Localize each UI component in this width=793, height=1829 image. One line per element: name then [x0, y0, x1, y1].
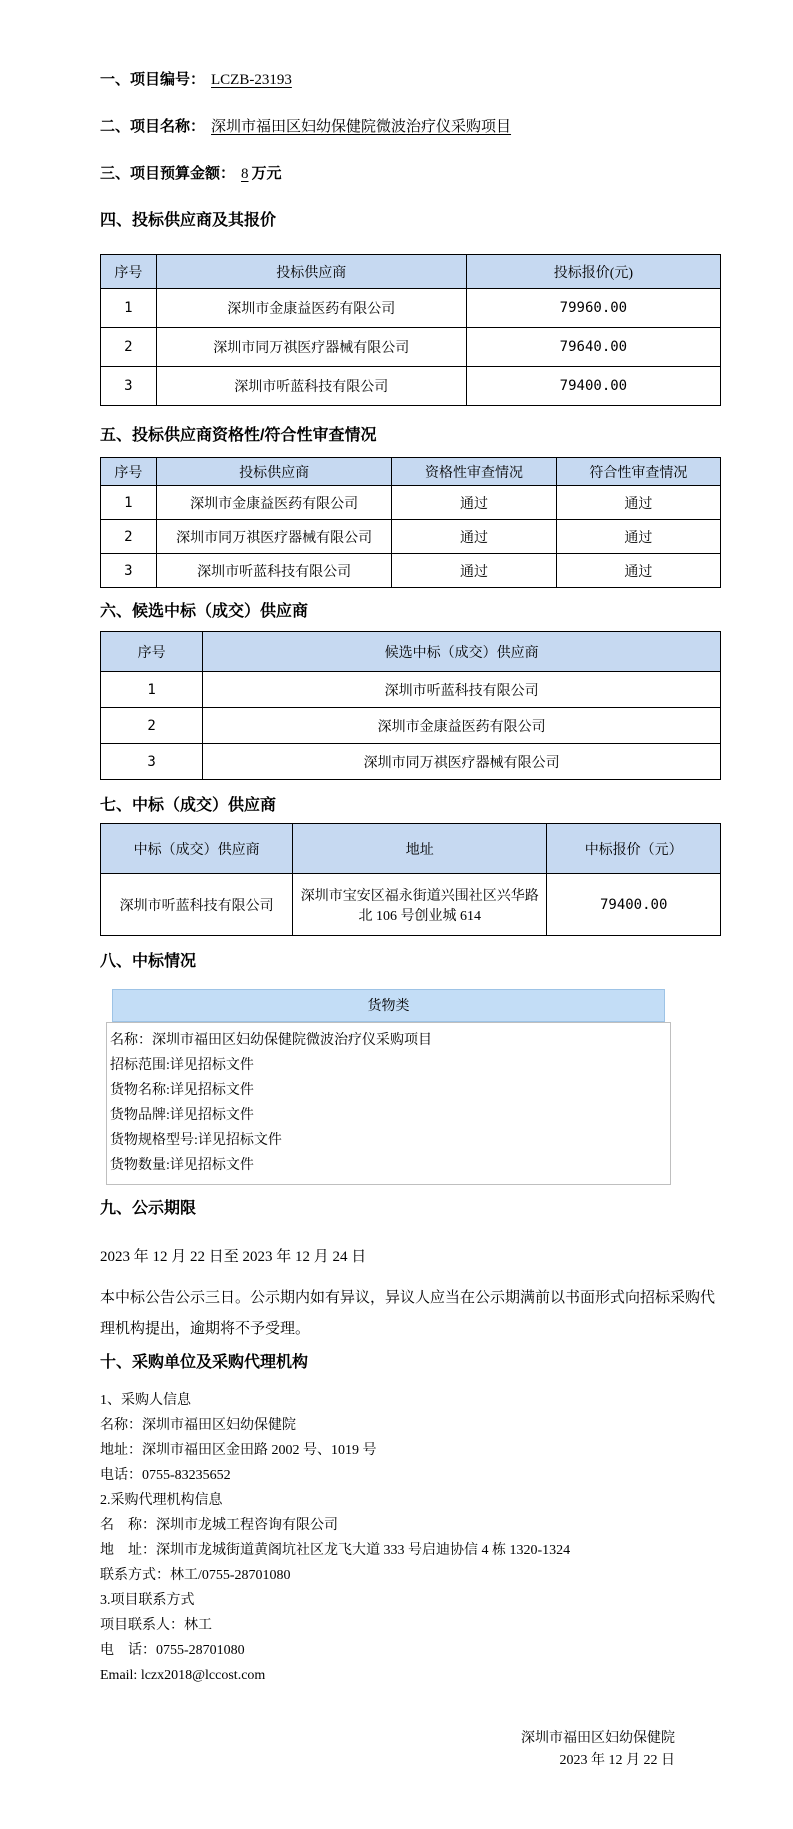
cell-seq: 3	[101, 744, 203, 780]
cell-qualification: 通过	[392, 554, 556, 588]
goods-line-scope: 招标范围:详见招标文件	[110, 1053, 667, 1078]
section-heading-award: 八、中标情况	[100, 952, 721, 971]
goods-box-header: 货物类	[112, 989, 665, 1022]
cell-seq: 2	[101, 520, 157, 554]
cell-conformity: 通过	[556, 520, 720, 554]
table-row: 3 深圳市听蓝科技有限公司 79400.00	[101, 367, 721, 406]
header-cell-seq: 序号	[101, 458, 157, 486]
cell-supplier: 深圳市金康益医药有限公司	[156, 289, 466, 328]
cell-seq: 2	[101, 328, 157, 367]
cell-supplier: 深圳市金康益医药有限公司	[156, 486, 392, 520]
contact-line-buyer-info-title: 1、采购人信息	[100, 1388, 721, 1413]
goods-line-brand: 货物品牌:详见招标文件	[110, 1103, 667, 1128]
goods-line-goods-name: 货物名称:详见招标文件	[110, 1078, 667, 1103]
cell-candidate: 深圳市听蓝科技有限公司	[203, 672, 721, 708]
contact-line-project-contact-person: 项目联系人：林工	[100, 1613, 721, 1638]
cell-conformity: 通过	[556, 554, 720, 588]
table-row: 2 深圳市金康益医药有限公司	[101, 708, 721, 744]
header-cell-qualification: 资格性审查情况	[392, 458, 556, 486]
cell-candidate: 深圳市金康益医药有限公司	[203, 708, 721, 744]
cell-supplier: 深圳市听蓝科技有限公司	[156, 554, 392, 588]
cell-seq: 1	[101, 672, 203, 708]
cell-seq: 3	[101, 554, 157, 588]
header-cell-seq: 序号	[101, 632, 203, 672]
contact-line-buyer-name: 名称：深圳市福田区妇幼保健院	[100, 1413, 721, 1438]
project-name-line: 二、项目名称：深圳市福田区妇幼保健院微波治疗仪采购项目	[100, 117, 721, 137]
contact-line-project-phone: 电 话：0755-28701080	[100, 1638, 721, 1663]
cell-conformity: 通过	[556, 486, 720, 520]
header-cell-seq: 序号	[101, 255, 157, 289]
table-header-row: 序号 投标供应商 资格性审查情况 符合性审查情况	[101, 458, 721, 486]
contact-line-project-contact-title: 3.项目联系方式	[100, 1588, 721, 1613]
cell-seq: 3	[101, 367, 157, 406]
project-number-line: 一、项目编号：LCZB-23193	[100, 70, 721, 90]
goods-line-model: 货物规格型号:详见招标文件	[110, 1128, 667, 1153]
signature-date: 2023 年 12 月 22 日	[100, 1750, 675, 1772]
cell-price: 79640.00	[466, 328, 720, 367]
publicity-date-range: 2023 年 12 月 22 日至 2023 年 12 月 24 日	[100, 1248, 721, 1267]
cell-supplier: 深圳市同万祺医疗器械有限公司	[156, 520, 392, 554]
contact-line-email: Email: lczx2018@lccost.com	[100, 1663, 721, 1688]
cell-qualification: 通过	[392, 486, 556, 520]
project-name-label: 二、项目名称：	[100, 118, 205, 135]
goods-line-quantity: 货物数量:详见招标文件	[110, 1153, 667, 1178]
section-heading-publicity: 九、公示期限	[100, 1199, 721, 1218]
table-row: 1 深圳市金康益医药有限公司 79960.00	[101, 289, 721, 328]
review-table: 序号 投标供应商 资格性审查情况 符合性审查情况 1 深圳市金康益医药有限公司 …	[100, 457, 721, 588]
contact-line-buyer-address: 地址：深圳市福田区金田路 2002 号、1019 号	[100, 1438, 721, 1463]
cell-price: 79400.00	[466, 367, 720, 406]
table-row: 2 深圳市同万祺医疗器械有限公司 通过 通过	[101, 520, 721, 554]
section-heading-candidates: 六、候选中标（成交）供应商	[100, 602, 721, 621]
header-cell-address: 地址	[293, 824, 547, 874]
cell-seq: 1	[101, 486, 157, 520]
table-row: 1 深圳市金康益医药有限公司 通过 通过	[101, 486, 721, 520]
publicity-note: 本中标公告公示三日。公示期内如有异议，异议人应当在公示期满前以书面形式向招标采购…	[100, 1283, 720, 1345]
cell-seq: 1	[101, 289, 157, 328]
contact-line-agency-contact: 联系方式：林工/0755-28701080	[100, 1563, 721, 1588]
table-row: 3 深圳市同万祺医疗器械有限公司	[101, 744, 721, 780]
table-row: 3 深圳市听蓝科技有限公司 通过 通过	[101, 554, 721, 588]
goods-box: 货物类 名称：深圳市福田区妇幼保健院微波治疗仪采购项目 招标范围:详见招标文件 …	[106, 989, 671, 1185]
goods-box-body: 名称：深圳市福田区妇幼保健院微波治疗仪采购项目 招标范围:详见招标文件 货物名称…	[106, 1022, 671, 1185]
table-row: 深圳市听蓝科技有限公司 深圳市宝安区福永街道兴围社区兴华路北 106 号创业城 …	[101, 874, 721, 936]
header-cell-winner: 中标（成交）供应商	[101, 824, 293, 874]
contact-line-agency-address: 地 址：深圳市龙城街道黄阁坑社区龙飞大道 333 号启迪协信 4 栋 1320-…	[100, 1538, 721, 1563]
header-cell-price: 投标报价(元)	[466, 255, 720, 289]
cell-winner: 深圳市听蓝科技有限公司	[101, 874, 293, 936]
cell-qualification: 通过	[392, 520, 556, 554]
cell-address: 深圳市宝安区福永街道兴围社区兴华路北 106 号创业城 614	[293, 874, 547, 936]
project-budget-value: 8	[241, 166, 249, 182]
header-cell-winning-price: 中标报价（元）	[547, 824, 721, 874]
table-header-row: 序号 候选中标（成交）供应商	[101, 632, 721, 672]
project-number-value: LCZB-23193	[211, 72, 292, 88]
project-budget-unit: 万元	[252, 165, 282, 182]
cell-supplier: 深圳市听蓝科技有限公司	[156, 367, 466, 406]
section-heading-contacts: 十、采购单位及采购代理机构	[100, 1353, 721, 1372]
contact-line-agency-info-title: 2.采购代理机构信息	[100, 1488, 721, 1513]
cell-seq: 2	[101, 708, 203, 744]
signature-org: 深圳市福田区妇幼保健院	[100, 1728, 675, 1750]
project-budget-label: 三、项目预算金额：	[100, 165, 235, 182]
project-budget-line: 三、项目预算金额：8万元	[100, 164, 721, 184]
document-page: 一、项目编号：LCZB-23193 二、项目名称：深圳市福田区妇幼保健院微波治疗…	[0, 0, 793, 1829]
section-heading-bids: 四、投标供应商及其报价	[100, 211, 721, 230]
table-header-row: 中标（成交）供应商 地址 中标报价（元）	[101, 824, 721, 874]
cell-candidate: 深圳市同万祺医疗器械有限公司	[203, 744, 721, 780]
section-heading-winner: 七、中标（成交）供应商	[100, 796, 721, 815]
table-row: 2 深圳市同万祺医疗器械有限公司 79640.00	[101, 328, 721, 367]
header-cell-candidate: 候选中标（成交）供应商	[203, 632, 721, 672]
header-cell-conformity: 符合性审查情况	[556, 458, 720, 486]
contact-line-agency-name: 名 称：深圳市龙城工程咨询有限公司	[100, 1513, 721, 1538]
candidates-table: 序号 候选中标（成交）供应商 1 深圳市听蓝科技有限公司 2 深圳市金康益医药有…	[100, 631, 721, 780]
contact-line-buyer-phone: 电话：0755-83235652	[100, 1463, 721, 1488]
bids-table: 序号 投标供应商 投标报价(元) 1 深圳市金康益医药有限公司 79960.00…	[100, 254, 721, 406]
goods-line-name: 名称：深圳市福田区妇幼保健院微波治疗仪采购项目	[110, 1028, 667, 1053]
cell-price: 79960.00	[466, 289, 720, 328]
project-number-label: 一、项目编号：	[100, 71, 205, 88]
cell-supplier: 深圳市同万祺医疗器械有限公司	[156, 328, 466, 367]
section-heading-review: 五、投标供应商资格性/符合性审查情况	[100, 426, 721, 445]
cell-winning-price: 79400.00	[547, 874, 721, 936]
header-cell-supplier: 投标供应商	[156, 458, 392, 486]
winner-table: 中标（成交）供应商 地址 中标报价（元） 深圳市听蓝科技有限公司 深圳市宝安区福…	[100, 823, 721, 936]
signature-block: 深圳市福田区妇幼保健院 2023 年 12 月 22 日	[100, 1728, 721, 1772]
table-header-row: 序号 投标供应商 投标报价(元)	[101, 255, 721, 289]
table-row: 1 深圳市听蓝科技有限公司	[101, 672, 721, 708]
project-name-value: 深圳市福田区妇幼保健院微波治疗仪采购项目	[211, 119, 511, 135]
header-cell-supplier: 投标供应商	[156, 255, 466, 289]
